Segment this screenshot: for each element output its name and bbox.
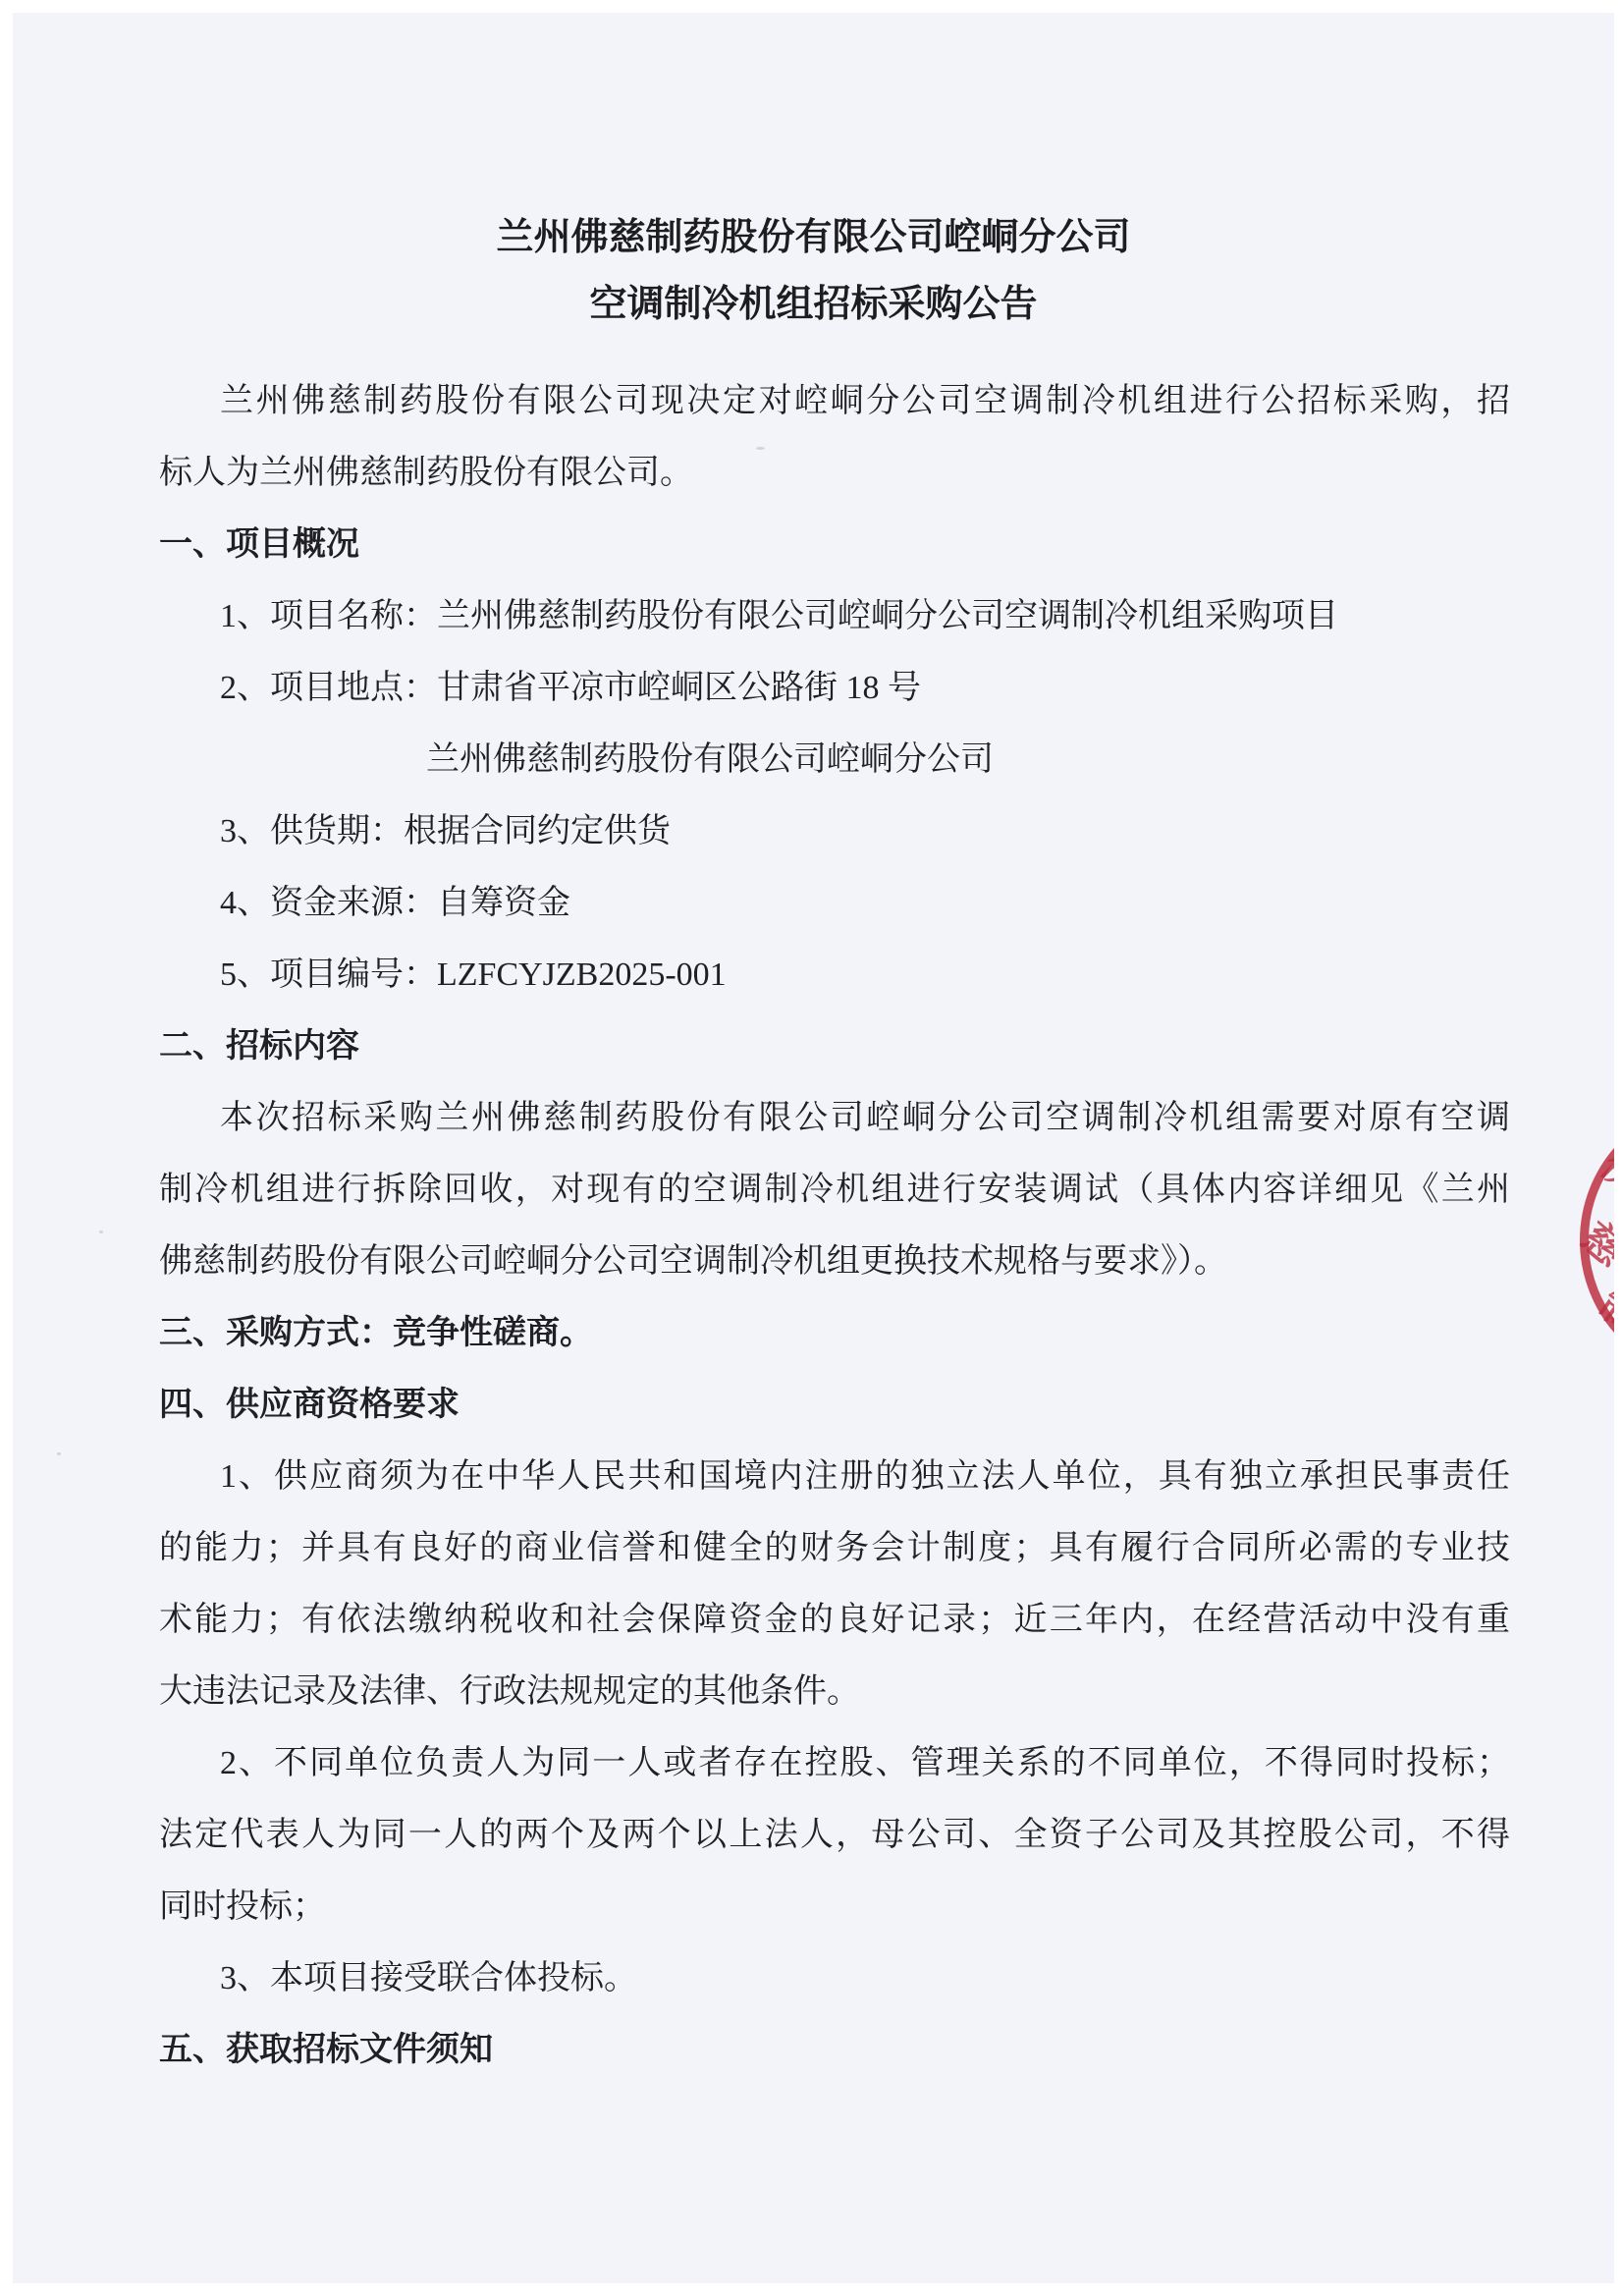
text-line: 佛慈制药股份有限公司崆峒分公司空调制冷机组更换技术规格与要求》）。 xyxy=(159,1226,1510,1297)
document-page: 兰州佛慈制药股份有限公司崆峒分公司 空调制冷机组招标采购公告 兰州佛慈制药股份有… xyxy=(13,13,1614,2283)
text-line: 兰州佛慈制药股份有限公司现决定对崆峒分公司空调制冷机组进行公招标采购，招 xyxy=(159,365,1510,437)
text-line: 四、供应商资格要求 xyxy=(159,1369,1510,1441)
document-body: 兰州佛慈制药股份有限公司现决定对崆峒分公司空调制冷机组进行公招标采购，招标人为兰… xyxy=(159,365,1510,2086)
text-line: 4、资金来源：自筹资金 xyxy=(159,867,1510,939)
text-line: 1、项目名称：兰州佛慈制药股份有限公司崆峒分公司空调制冷机组采购项目 xyxy=(159,580,1510,652)
text-line: 2、项目地点：甘肃省平凉市崆峒区公路街 18 号 xyxy=(159,652,1510,724)
text-line: 制冷机组进行拆除回收，对现有的空调制冷机组进行安装调试（具体内容详细见《兰州 xyxy=(159,1154,1510,1226)
text-line: 1、供应商须为在中华人民共和国境内注册的独立法人单位，具有独立承担民事责任 xyxy=(159,1441,1510,1512)
text-line: 法定代表人为同一人的两个及两个以上法人，母公司、全资子公司及其控股公司，不得 xyxy=(159,1799,1510,1871)
text-line: 大违法记录及法律、行政法规规定的其他条件。 xyxy=(159,1656,1510,1727)
text-line: 本次招标采购兰州佛慈制药股份有限公司崆峒分公司空调制冷机组需要对原有空调 xyxy=(159,1082,1510,1154)
scan-speck xyxy=(57,1452,61,1455)
text-line: 3、供货期：根据合同约定供货 xyxy=(159,795,1510,867)
text-line: 一、项目概况 xyxy=(159,509,1510,580)
text-line: 术能力；有依法缴纳税收和社会保障资金的良好记录；近三年内，在经营活动中没有重 xyxy=(159,1584,1510,1656)
document-title-line2: 空调制冷机组招标采购公告 xyxy=(13,276,1614,333)
text-line: 5、项目编号：LZFCYJZB2025-001 xyxy=(159,939,1510,1011)
text-line: 二、招标内容 xyxy=(159,1011,1510,1082)
text-line: 三、采购方式：竞争性磋商。 xyxy=(159,1297,1510,1369)
text-line: 同时投标； xyxy=(159,1871,1510,1942)
document-title-line1: 兰州佛慈制药股份有限公司崆峒分公司 xyxy=(13,209,1614,266)
scan-speck xyxy=(99,1230,103,1233)
text-line: 标人为兰州佛慈制药股份有限公司。 xyxy=(159,437,1510,509)
text-line: 3、本项目接受联合体投标。 xyxy=(159,1942,1510,2014)
text-line: 五、获取招标文件须知 xyxy=(159,2014,1510,2086)
text-line: 2、不同单位负责人为同一人或者存在控股、管理关系的不同单位，不得同时投标； xyxy=(159,1727,1510,1799)
text-line: 兰州佛慈制药股份有限公司崆峒分公司 xyxy=(159,724,1510,795)
text-line: 的能力；并具有良好的商业信誉和健全的财务会计制度；具有履行合同所必需的专业技 xyxy=(159,1512,1510,1584)
